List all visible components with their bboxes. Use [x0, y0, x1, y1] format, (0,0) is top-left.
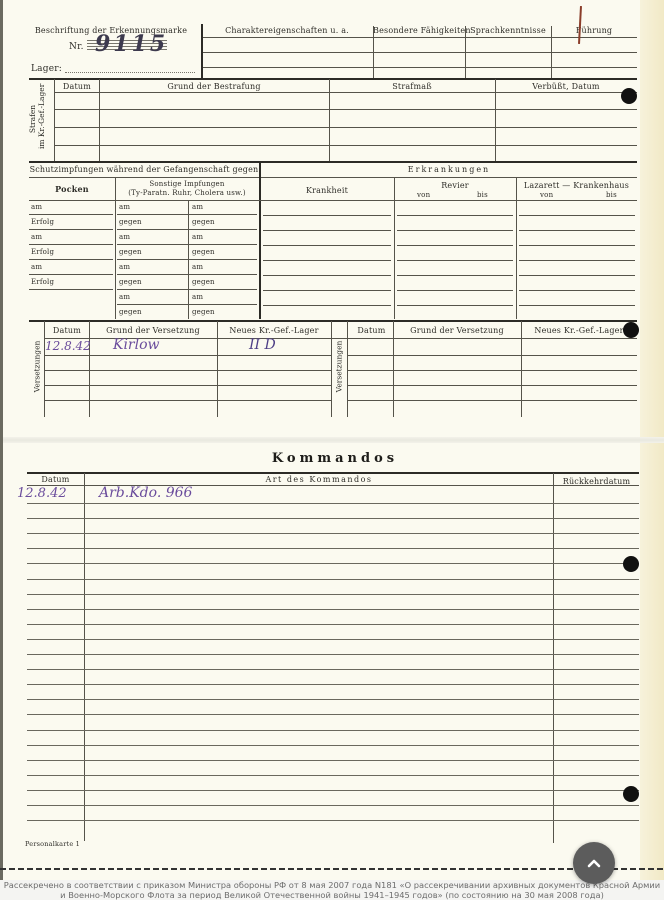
sonstige-row-label: am	[192, 203, 203, 211]
rule	[45, 355, 331, 356]
rule	[397, 260, 513, 261]
col-divider	[393, 321, 394, 417]
rule	[45, 385, 331, 386]
card-bottom-edge	[0, 868, 664, 870]
kommando-row-rule	[27, 760, 639, 761]
kommando-row-rule	[27, 624, 639, 625]
kommando-row-rule	[27, 669, 639, 670]
transfer-date: 12.8.42	[45, 339, 91, 353]
rule	[397, 245, 513, 246]
sonstige-row-label: gegen	[119, 218, 142, 226]
vers-col-datum-2: Datum	[350, 326, 393, 335]
impfungen-title: Schutzimpfungen während der Gefangenscha…	[29, 165, 259, 174]
rule	[348, 370, 637, 371]
lazarett-bis: bis	[606, 191, 617, 199]
col-divider	[394, 177, 395, 319]
sonstige-row-label: am	[192, 293, 203, 301]
krankheit-label: Krankheit	[261, 186, 393, 195]
section-rule	[29, 78, 637, 80]
kommando-row-rule	[27, 563, 639, 564]
rule	[117, 274, 257, 275]
rule	[397, 215, 513, 216]
punch-hole	[623, 322, 639, 338]
col-divider	[217, 321, 218, 417]
rule	[203, 52, 637, 53]
vers-col-grund: Grund der Versetzung	[89, 326, 217, 335]
pocken-row-label: Erfolg	[31, 248, 54, 256]
rule	[397, 230, 513, 231]
rule	[519, 290, 635, 291]
kommando-row-rule	[27, 639, 639, 640]
kommando-row-rule	[27, 805, 639, 806]
rule	[55, 127, 637, 128]
col-faehigkeiten: Besondere Fähigkeiten	[373, 26, 465, 35]
pocken-row-label: am	[31, 263, 42, 271]
sonstige-row-label: gegen	[119, 308, 142, 316]
rule	[519, 275, 635, 276]
kommando-row-rule	[27, 518, 639, 519]
revier-label: Revier	[394, 181, 516, 190]
kommando-row-rule	[27, 714, 639, 715]
vers-col-lager: Neues Kr.-Gef.-Lager	[217, 326, 331, 335]
section-rule	[27, 472, 639, 474]
rule	[263, 275, 391, 276]
sonstige-row-label: am	[119, 203, 130, 211]
col-divider	[553, 473, 554, 843]
rule	[263, 215, 391, 216]
col-divider	[521, 321, 522, 417]
rule	[263, 260, 391, 261]
sonstige-row-label: am	[119, 293, 130, 301]
sonstige-row-label: gegen	[192, 308, 215, 316]
rule	[55, 109, 637, 110]
rule	[348, 400, 637, 401]
kommandos-title: Kommandos	[3, 451, 664, 466]
chevron-up-icon	[586, 855, 602, 871]
kommando-row-rule	[27, 548, 639, 549]
kommando-row-rule	[27, 503, 639, 504]
rule	[29, 274, 113, 275]
kommando-type: Arb.Kdo. 966	[99, 485, 192, 501]
strafen-side-label: Strafen im Kr.-Gef.-Lager	[28, 89, 46, 149]
rule	[397, 290, 513, 291]
rule	[45, 400, 331, 401]
col-fuehrung: Führung	[551, 26, 637, 35]
rule	[117, 214, 257, 215]
rule	[117, 289, 257, 290]
rule	[29, 177, 637, 178]
sonstige-label-2: (Ty-Paratn. Ruhr, Cholera usw.)	[115, 189, 259, 197]
transfer-reason: Kirlow	[113, 337, 160, 353]
strafen-label-1: Strafen	[28, 89, 37, 149]
kommando-row-rule	[27, 609, 639, 610]
rule	[117, 229, 257, 230]
kommando-row-rule	[27, 820, 639, 821]
rule	[29, 200, 637, 201]
versetzungen-side-label-left: Versetzungen	[33, 337, 42, 397]
rule	[203, 37, 637, 38]
col-divider	[331, 321, 332, 417]
erkrankungen-title: Erkrankungen	[261, 165, 637, 174]
kommando-col-art: Art des Kommandos	[85, 475, 553, 484]
section-rule	[29, 161, 637, 163]
kommando-row-rule	[27, 654, 639, 655]
sonstige-row-label: am	[192, 233, 203, 241]
rule	[117, 244, 257, 245]
personalkarte-scan: Beschriftung der Erkennungsmarke Nr. 911…	[0, 0, 664, 882]
rule	[117, 259, 257, 260]
kommando-row-rule	[27, 790, 639, 791]
rule	[203, 67, 637, 68]
rule	[519, 260, 635, 261]
col-sprachen: Sprachkenntnisse	[465, 26, 551, 35]
kommando-row-rule	[27, 533, 639, 534]
punch-hole	[623, 556, 639, 572]
lager-field	[65, 72, 195, 73]
kommando-col-datum: Datum	[27, 475, 84, 484]
col-divider	[347, 321, 348, 417]
nr-label: Nr.	[69, 42, 84, 52]
scroll-to-top-button[interactable]	[573, 842, 615, 884]
kommando-row-rule	[27, 745, 639, 746]
rule	[263, 230, 391, 231]
lazarett-von: von	[540, 191, 553, 199]
sonstige-row-label: am	[119, 263, 130, 271]
rule	[45, 370, 331, 371]
pocken-label: Pocken	[29, 184, 115, 194]
punch-hole	[621, 88, 637, 104]
fold-line	[3, 437, 664, 443]
rule	[519, 215, 635, 216]
strafen-col-verbuesst: Verbüßt, Datum	[495, 82, 637, 91]
transfer-camp: II D	[249, 337, 276, 353]
kommando-row-rule	[27, 699, 639, 700]
rule	[519, 305, 635, 306]
versetzungen-side-label-right: Versetzungen	[335, 337, 344, 397]
col-divider	[516, 177, 517, 319]
strafen-col-strafmass: Strafmaß	[329, 82, 495, 91]
vers-col-datum: Datum	[45, 326, 89, 335]
section-rule	[29, 320, 637, 322]
rule	[117, 304, 257, 305]
col-divider	[44, 321, 45, 417]
sonstige-row-label: gegen	[192, 278, 215, 286]
pocken-row-label: Erfolg	[31, 218, 54, 226]
revier-von: von	[417, 191, 430, 199]
ink-mark	[578, 6, 582, 44]
rule	[348, 355, 637, 356]
col-divider	[115, 177, 116, 319]
pocken-row-label: am	[31, 203, 42, 211]
pocken-row-label: am	[31, 233, 42, 241]
rule	[519, 230, 635, 231]
col-divider	[89, 321, 90, 417]
kommando-row-rule	[27, 775, 639, 776]
rule	[55, 145, 637, 146]
rule	[263, 245, 391, 246]
kommando-date: 12.8.42	[17, 486, 67, 501]
rule	[519, 245, 635, 246]
rule	[55, 92, 637, 93]
sonstige-row-label: am	[119, 233, 130, 241]
kommando-row-rule	[27, 730, 639, 731]
rule	[348, 385, 637, 386]
vers-col-grund-2: Grund der Versetzung	[393, 326, 521, 335]
rule	[29, 214, 113, 215]
revier-bis: bis	[477, 191, 488, 199]
lager-label: Lager:	[31, 64, 62, 74]
rule	[29, 259, 113, 260]
lazarett-label: Lazarett — Krankenhaus	[516, 181, 637, 190]
prisoner-number: 9115	[95, 31, 168, 57]
declassification-notice: Рассекречено в соответствии с приказом М…	[0, 880, 664, 900]
kommando-row-rule	[27, 594, 639, 595]
sonstige-row-label: am	[192, 263, 203, 271]
form-id: Personalkarte 1	[25, 840, 80, 848]
rule	[29, 229, 113, 230]
sonstige-row-label: gegen	[119, 278, 142, 286]
rule	[263, 290, 391, 291]
pocken-row-label: Erfolg	[31, 278, 54, 286]
sonstige-label-1: Sonstige Impfungen	[115, 180, 259, 188]
sonstige-row-label: gegen	[119, 248, 142, 256]
rule	[29, 244, 113, 245]
strafen-col-grund: Grund der Bestrafung	[99, 82, 329, 91]
strafen-col-datum: Datum	[55, 82, 99, 91]
rule	[263, 305, 391, 306]
rule	[397, 305, 513, 306]
kommando-row-rule	[27, 684, 639, 685]
punch-hole	[623, 786, 639, 802]
col-charakter: Charaktereigenschaften u. a.	[203, 26, 371, 35]
strafen-label-2: im Kr.-Gef.-Lager	[37, 89, 46, 149]
rule	[29, 289, 113, 290]
sonstige-row-label: gegen	[192, 218, 215, 226]
sonstige-row-label: gegen	[192, 248, 215, 256]
kommando-row-rule	[27, 579, 639, 580]
rule	[397, 275, 513, 276]
col-divider	[84, 473, 85, 841]
vers-col-lager-2: Neues Kr.-Gef.-Lager	[521, 326, 637, 335]
